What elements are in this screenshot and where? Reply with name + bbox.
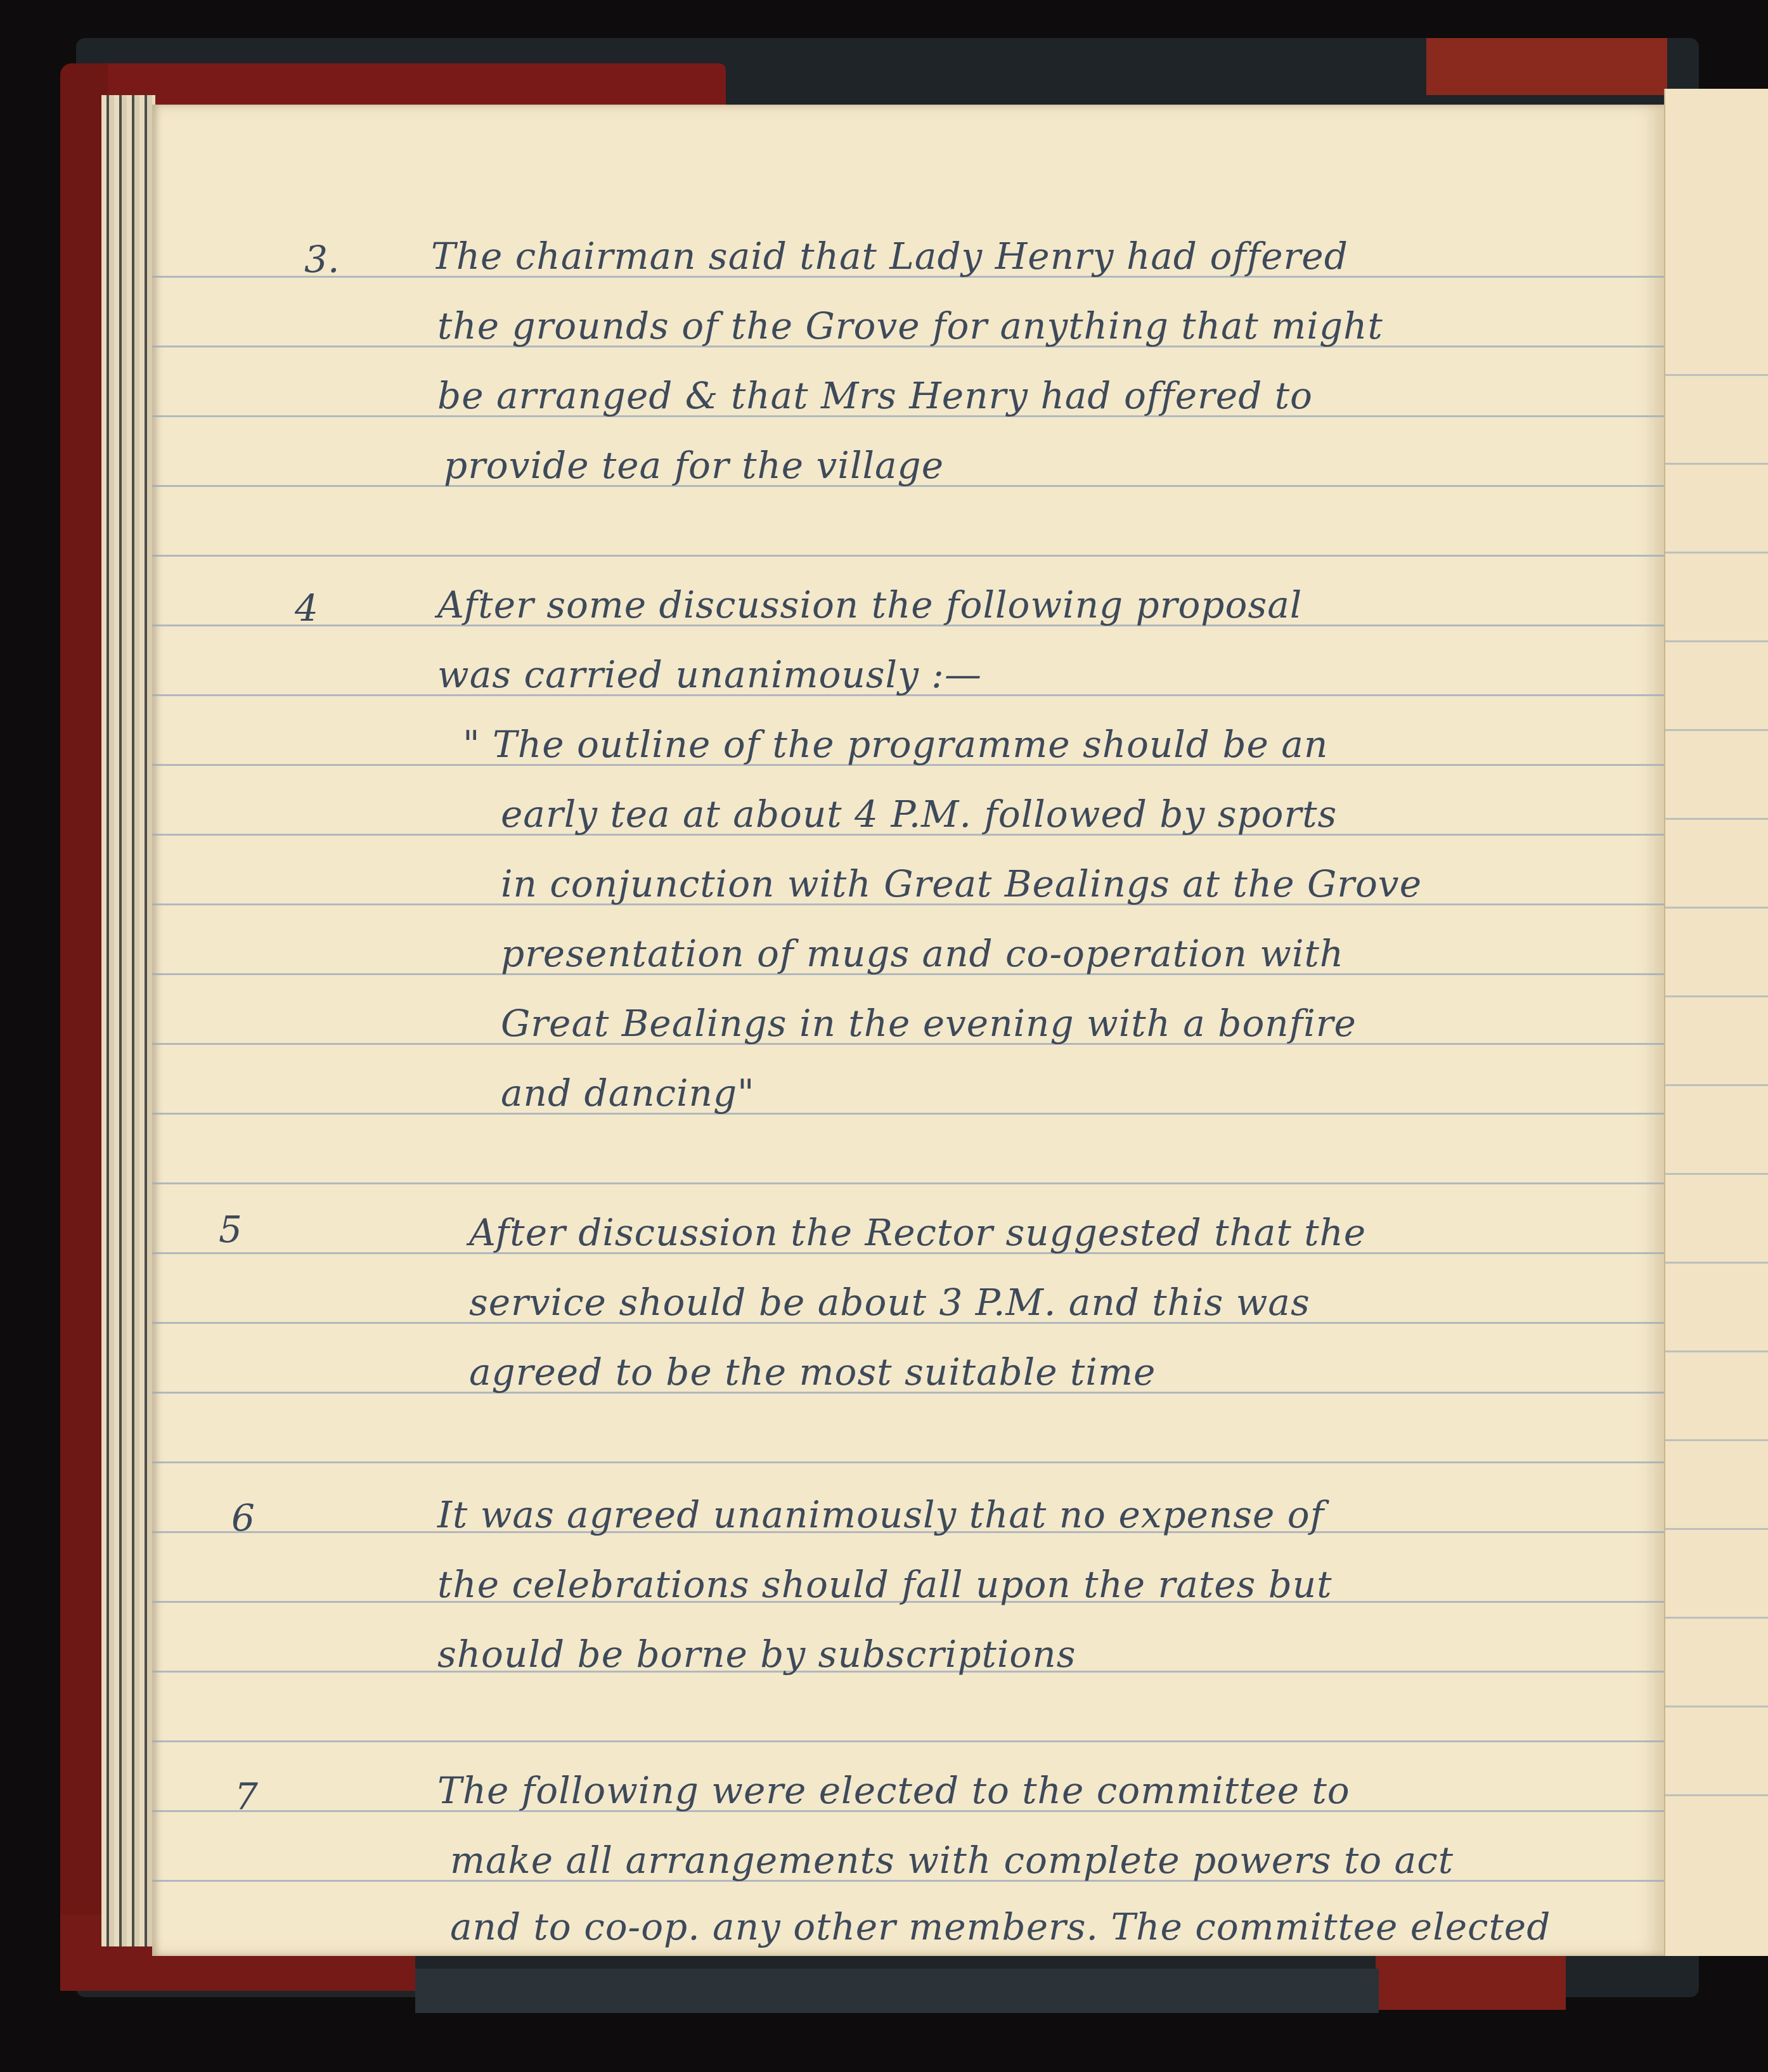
- facing-page: [1664, 89, 1768, 1956]
- rule-line: [152, 1461, 1664, 1463]
- handwritten-line: provide tea for the village: [444, 447, 944, 484]
- item-number: 5: [219, 1208, 242, 1251]
- handwritten-line: agreed to be the most suitable time: [469, 1354, 1156, 1390]
- handwritten-line: should be borne by subscriptions: [437, 1636, 1076, 1673]
- handwritten-line: After discussion the Rector suggested th…: [469, 1214, 1366, 1251]
- rule-line: [1665, 907, 1768, 909]
- handwritten-line: early tea at about 4 P.M. followed by sp…: [501, 796, 1337, 832]
- rule-line: [1665, 1084, 1768, 1086]
- item-number: 7: [235, 1775, 258, 1818]
- rule-line: [1665, 374, 1768, 376]
- page-stack-edges: [101, 95, 155, 1946]
- rule-line: [1665, 1528, 1768, 1530]
- handwritten-line: be arranged & that Mrs Henry had offered…: [437, 377, 1313, 414]
- rule-line: [1665, 1706, 1768, 1707]
- notebook-page: 3. The chairman said that Lady Henry had…: [152, 105, 1664, 1956]
- book-spine-cloth: [415, 1969, 1379, 2013]
- handwritten-line: presentation of mugs and co-operation wi…: [501, 935, 1344, 972]
- rule-line: [152, 555, 1664, 557]
- handwritten-line: service should be about 3 P.M. and this …: [469, 1284, 1310, 1321]
- rule-line: [152, 1113, 1664, 1115]
- handwritten-line: It was agreed unanimously that no expens…: [437, 1496, 1324, 1533]
- item-number: 4: [295, 586, 318, 630]
- handwritten-line: the grounds of the Grove for anything th…: [437, 308, 1383, 344]
- handwritten-line: and dancing": [501, 1075, 755, 1111]
- rule-line: [1665, 552, 1768, 554]
- cover-left-edge: [60, 63, 108, 1934]
- rule-line: [1665, 463, 1768, 465]
- rule-line: [1665, 1439, 1768, 1441]
- handwritten-line: in conjunction with Great Bealings at th…: [501, 865, 1422, 902]
- rule-line: [152, 1182, 1664, 1184]
- item-number: 3.: [304, 238, 339, 281]
- handwritten-line: The following were elected to the commit…: [437, 1772, 1350, 1809]
- handwritten-line: make all arrangements with complete powe…: [450, 1842, 1454, 1879]
- rule-line: [1665, 995, 1768, 997]
- rule-line: [1665, 1173, 1768, 1175]
- item-number: 6: [231, 1496, 255, 1539]
- handwritten-line: and to co-op. any other members. The com…: [450, 1908, 1551, 1945]
- rule-line: [1665, 1350, 1768, 1352]
- handwritten-line: Great Bealings in the evening with a bon…: [501, 1005, 1357, 1042]
- handwritten-line: " The outline of the programme should be…: [463, 726, 1328, 763]
- rule-line: [1665, 1794, 1768, 1796]
- rule-line: [1665, 1262, 1768, 1264]
- rule-line: [1665, 818, 1768, 820]
- cover-corner-top-right: [1426, 38, 1667, 95]
- handwritten-line: was carried unanimously :—: [437, 656, 982, 693]
- rule-line: [1665, 729, 1768, 731]
- handwritten-line: After some discussion the following prop…: [437, 586, 1302, 623]
- rule-line: [1665, 1617, 1768, 1619]
- rule-line: [152, 1740, 1664, 1742]
- handwritten-line: the celebrations should fall upon the ra…: [437, 1566, 1332, 1603]
- handwritten-line: The chairman said that Lady Henry had of…: [431, 238, 1348, 275]
- rule-line: [1665, 640, 1768, 642]
